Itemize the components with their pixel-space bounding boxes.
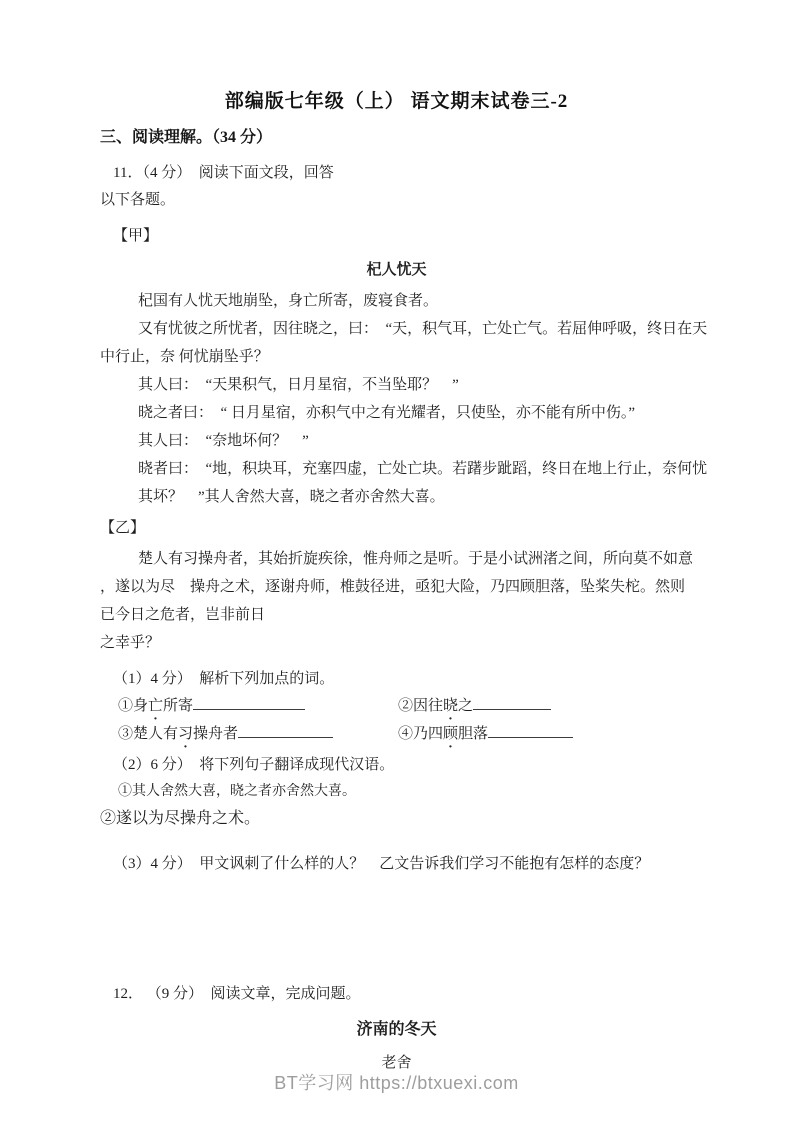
passage-line: 其人曰： “奈地坏何？ ” [100,427,693,455]
passage-line: 楚人有习操舟者，其始折旋疾徐，惟舟师之是听。于是小试洲渚之间，所向莫不如意 [100,545,693,573]
passage-line: 已今日之危者，岂非前日 [100,601,693,629]
essay-title: 济南的冬天 [100,1017,693,1043]
passage-line: ，遂以为尽 操舟之术，逐谢舟师，椎鼓径进，亟犯大险，乃四顾胆落，坠桨失柁。然则 [100,573,693,601]
passage-jia-label: 【甲】 [100,223,693,250]
passage-line: 杞国有人忧天地崩坠，身亡所寄，废寝食者。 [100,287,693,315]
emphasis-dotted-char: 顾 [443,721,458,747]
question-12: 12． （9 分） 阅读文章，完成问题。 济南的冬天 老舍 [100,981,693,1076]
question-11: 11．（4 分） 阅读下面文段，回答 以下各题。 [100,160,693,214]
passage-jia: 杞国有人忧天地崩坠，身亡所寄，废寝食者。 又有忧彼之所忧者，因往晓之，曰： “天… [100,287,693,511]
section-heading: 三、阅读理解。（34 分） [100,124,693,147]
passage-line: 其人曰： “天果积气，日月星宿，不当坠耶？ ” [100,371,693,399]
emphasis-dotted-char: 亡 [148,693,163,719]
item-text: 操舟者 [193,726,238,742]
translation-sentence-2: ②遂以为尽操舟之术。 [100,805,693,833]
sub-question-1-stem: （1）4 分） 解析下列加点的词。 [100,665,693,693]
sub-question-3-stem: （3）4 分） 甲文讽刺了什么样的人？ 乙文告诉我们学习不能抱有怎样的态度？ [100,850,693,878]
passage-line: 之幸乎？ [100,629,693,657]
question-11-stem-line1: 11．（4 分） 阅读下面文段，回答 [100,160,693,187]
word-explain-row: ③楚人有习操舟者 ④乃四顾胆落 [100,721,693,749]
passage-line: 晓者曰： “地，积块耳，充塞四虚，亡处亡块。若躇步跐蹈，终日在地上行止，奈何忧 [100,455,693,483]
passage-line: 其坏？ ”其人舍然大喜，晓之者亦舍然大喜。 [100,483,693,511]
item-text: ①身 [118,698,148,714]
answer-blank [488,722,573,738]
word-explain-item-3: ③楚人有习操舟者 [118,721,398,749]
emphasis-dotted-char: 晓 [443,693,458,719]
item-text: 所寄 [163,698,193,714]
question-11-stem-line2: 以下各题。 [100,187,693,214]
footer-watermark: BT学习网 https://btxuexi.com [0,1069,793,1095]
item-text: ②因往 [398,698,443,714]
passage-yi: 楚人有习操舟者，其始折旋疾徐，惟舟师之是听。于是小试洲渚之间，所向莫不如意 ，遂… [100,545,693,657]
word-explain-row: ①身亡所寄 ②因往晓之 [100,693,693,721]
exam-page: 部编版七年级（上） 语文期末试卷三-2 三、阅读理解。（34 分） 11．（4 … [0,0,793,1122]
item-text: 之 [458,698,473,714]
passage-line: 中行止，奈 何忧崩坠乎？ [100,343,693,371]
sub-question-2-stem: （2）6 分） 将下列句子翻译成现代汉语。 [100,751,693,779]
item-text: ④乃四 [398,726,443,742]
item-text: ③楚人有 [118,726,178,742]
exam-title: 部编版七年级（上） 语文期末试卷三-2 [100,86,693,113]
emphasis-dotted-char: 习 [178,721,193,747]
passage-line: 又有忧彼之所忧者，因往晓之，曰： “天，积气耳，亡处亡气。若屈伸呼吸，终日在天 [100,315,693,343]
item-text: 胆落 [458,726,488,742]
passage-line: 晓之者曰： “ 日月星宿，亦积气中之有光耀者，只使坠，亦不能有所中伤。” [100,399,693,427]
word-explain-item-2: ②因往晓之 [398,693,551,721]
answer-blank [238,722,333,738]
passage-jia-title: 杞人忧天 [100,257,693,284]
answer-blank [193,694,305,710]
answer-blank [473,694,551,710]
word-explain-item-4: ④乃四顾胆落 [398,721,573,749]
passage-yi-label: 【乙】 [100,515,693,542]
word-explain-item-1: ①身亡所寄 [118,693,398,721]
question-12-stem: 12． （9 分） 阅读文章，完成问题。 [100,981,693,1008]
translation-sentence-1: ①其人舍然大喜，晓之者亦舍然大喜。 [100,779,693,805]
